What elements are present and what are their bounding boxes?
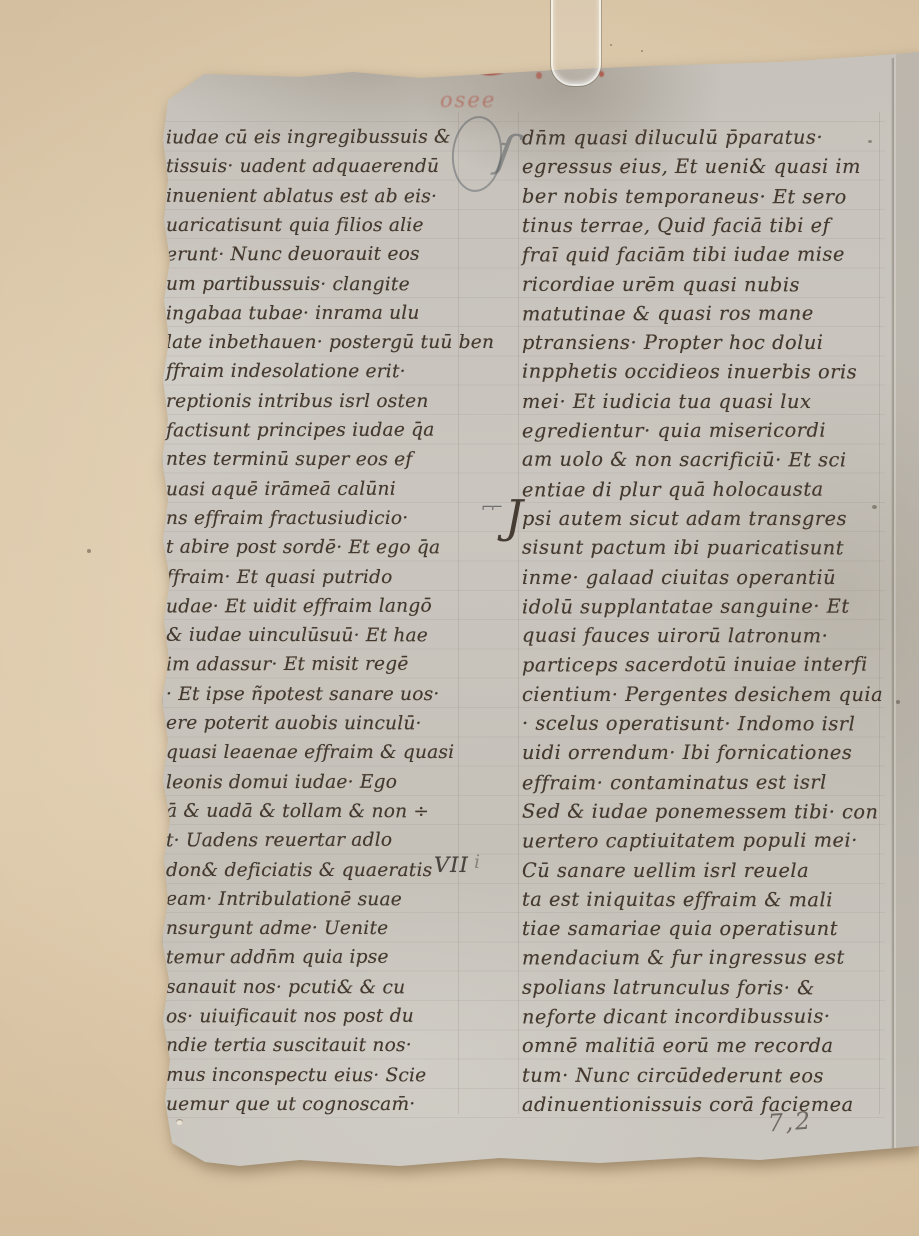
text-line: ta est iniquitas effraim & mali <box>522 884 833 914</box>
text-line: inme· galaad ciuitas operantiū <box>522 563 836 592</box>
text-line: im adassur· Et misit regē <box>166 650 409 680</box>
text-line: leonis domui iudae· Ego <box>166 767 397 797</box>
text-line: ffraim indesolatione erit· <box>166 357 406 387</box>
text-line: cientium· Pergentes desichem quia <box>522 680 883 709</box>
text-line: dn̄m quasi diluculū p̄paratus· <box>522 123 823 153</box>
red-pigment-dot <box>536 72 542 79</box>
text-line: · Et ipse ñpotest sanare uos· <box>166 680 439 709</box>
text-line: · scelus operatisunt· Indomo isrl <box>522 709 855 739</box>
initial-letter-I: J <box>505 494 523 539</box>
text-line: tinus terrae, Quid faciā tibi ef <box>522 211 830 240</box>
text-line: Cū sanare uellim isrl reuela <box>522 856 809 885</box>
text-line: psi autem sicut adam transgres <box>522 504 847 533</box>
text-line: matutinae & quasi ros mane <box>522 298 814 328</box>
stain-speck <box>872 505 877 509</box>
text-line: ingabaa tubae· inrama ulu <box>166 298 420 328</box>
text-line: egressus eius, Et ueni& quasi im <box>522 152 861 181</box>
text-line: factisunt principes iudae q̄a <box>166 416 435 446</box>
fore-edge-shade <box>896 52 919 1150</box>
text-line: tissuis· uadent adquaerendū <box>166 152 439 181</box>
text-line: mus inconspectu eius· Scie <box>166 1060 426 1090</box>
text-line: t· Uadens reuertar adlo <box>166 826 392 856</box>
text-line: inuenient ablatus est ab eis· <box>166 181 437 211</box>
running-title: osee <box>440 88 496 112</box>
ruling-line-vertical <box>879 112 880 1114</box>
text-line: particeps sacerdotū inuiae interfi <box>522 650 868 680</box>
text-line: sanauit nos· pcuti& & cu <box>166 972 405 1002</box>
ruling-line-vertical <box>458 112 459 1114</box>
red-pigment-dot <box>599 71 604 77</box>
text-line: temur addn̄m quia ipse <box>166 943 389 973</box>
text-line: os· uiuificauit nos post du <box>166 1002 414 1032</box>
stain-speck <box>896 700 900 704</box>
text-line: don& deficiatis & quaeratis <box>166 856 432 885</box>
text-line: reptionis intribus isrl osten <box>166 387 429 416</box>
text-line: neforte dicant incordibussuis· <box>522 1002 831 1032</box>
text-line: erunt· Nunc deuorauit eos <box>166 240 420 270</box>
plexiglass-strip <box>551 0 601 86</box>
text-line: omnē malitiā eorū me recorda <box>522 1031 834 1060</box>
manuscript-photo: osee ſ iudae cū eis ingregibussuis &tiss… <box>0 0 919 1236</box>
text-line: uertero captiuitatem populi mei· <box>522 826 858 856</box>
text-line: ere poterit auobis uinculū· <box>166 709 422 739</box>
parchment-leaf: osee ſ iudae cū eis ingregibussuis &tiss… <box>0 0 919 1236</box>
pencil-folio-number: 7,2 <box>767 1106 813 1137</box>
text-line: ā & uadā & tollam & non ÷ <box>166 797 429 827</box>
text-line: effraim· contaminatus est isrl <box>522 767 827 797</box>
chapter-mark-faint-stroke: i <box>474 851 480 873</box>
ruling-line-vertical <box>162 112 163 1114</box>
text-line: idolū supplantatae sanguine· Et <box>522 591 850 621</box>
text-line: mei· Et iudicia tua quasi lux <box>522 387 811 416</box>
parchment-surface: osee ſ iudae cū eis ingregibussuis &tiss… <box>0 0 919 1236</box>
text-line: eam· Intribulationē suae <box>166 885 402 915</box>
text-line: spolians latrunculus foris· & <box>522 972 815 1002</box>
text-line: nsurgunt adme· Uenite <box>166 914 388 943</box>
text-line: ffraim· Et quasi putrido <box>166 563 393 592</box>
text-line: iudae cū eis ingregibussuis & <box>166 123 451 153</box>
text-line: ndie tertia suscitauit nos· <box>166 1031 412 1060</box>
stain-speck <box>868 140 872 143</box>
text-line: fraī quid faciām tibi iudae mise <box>522 240 845 270</box>
text-line: uemur que ut cognoscam̄· <box>166 1090 415 1119</box>
text-line: Sed & iudae ponemessem tibi· con <box>522 797 879 827</box>
ruling-line-vertical <box>518 112 519 1114</box>
text-line: ns effraim fractusiudicio· <box>166 504 408 533</box>
text-line: mendacium & fur ingressus est <box>522 943 845 973</box>
text-line: am uolo & non sacrificiū· Et sci <box>522 445 847 475</box>
paragraph-mark: ⌐⌐ <box>481 498 500 516</box>
text-line: quasi leaenae effraim & quasi <box>166 738 454 767</box>
text-line: quasi fauces uirorū latronum· <box>522 621 828 651</box>
text-line: ber nobis temporaneus· Et sero <box>522 181 847 211</box>
text-line: & iudae uinculūsuū· Et hae <box>166 621 428 651</box>
red-pigment-smudge <box>477 60 510 77</box>
chapter-number-mark: VII <box>434 853 469 877</box>
text-line: uasi aquē irāmeā calūni <box>166 474 396 504</box>
text-line: uaricatisunt quia filios alie <box>166 211 424 240</box>
text-line: late inbethauen· postergū tuū ben <box>166 328 494 357</box>
text-line: um partibussuis· clangite <box>166 269 410 299</box>
text-line: t abire post sordē· Et ego q̄a <box>166 533 440 563</box>
text-line: sisunt pactum ibi puaricatisunt <box>522 533 844 563</box>
text-line: tiae samariae quia operatisunt <box>522 914 838 943</box>
text-line: udae· Et uidit effraim langō <box>166 591 432 621</box>
text-line: inpphetis occidieos inuerbis oris <box>522 357 857 387</box>
text-line: ptransiens· Propter hoc dolui <box>522 328 824 357</box>
text-line: ntes terminū super eos ef <box>166 445 413 475</box>
wormhole <box>176 1119 183 1125</box>
text-line: uidi orrendum· Ibi fornicationes <box>522 738 852 767</box>
text-line: tum· Nunc circūdederunt eos <box>522 1060 824 1090</box>
text-line: egredientur· quia misericordi <box>522 416 826 446</box>
text-line: ricordiae urēm quasi nubis <box>522 269 800 299</box>
text-line: entiae di plur quā holocausta <box>522 474 824 504</box>
